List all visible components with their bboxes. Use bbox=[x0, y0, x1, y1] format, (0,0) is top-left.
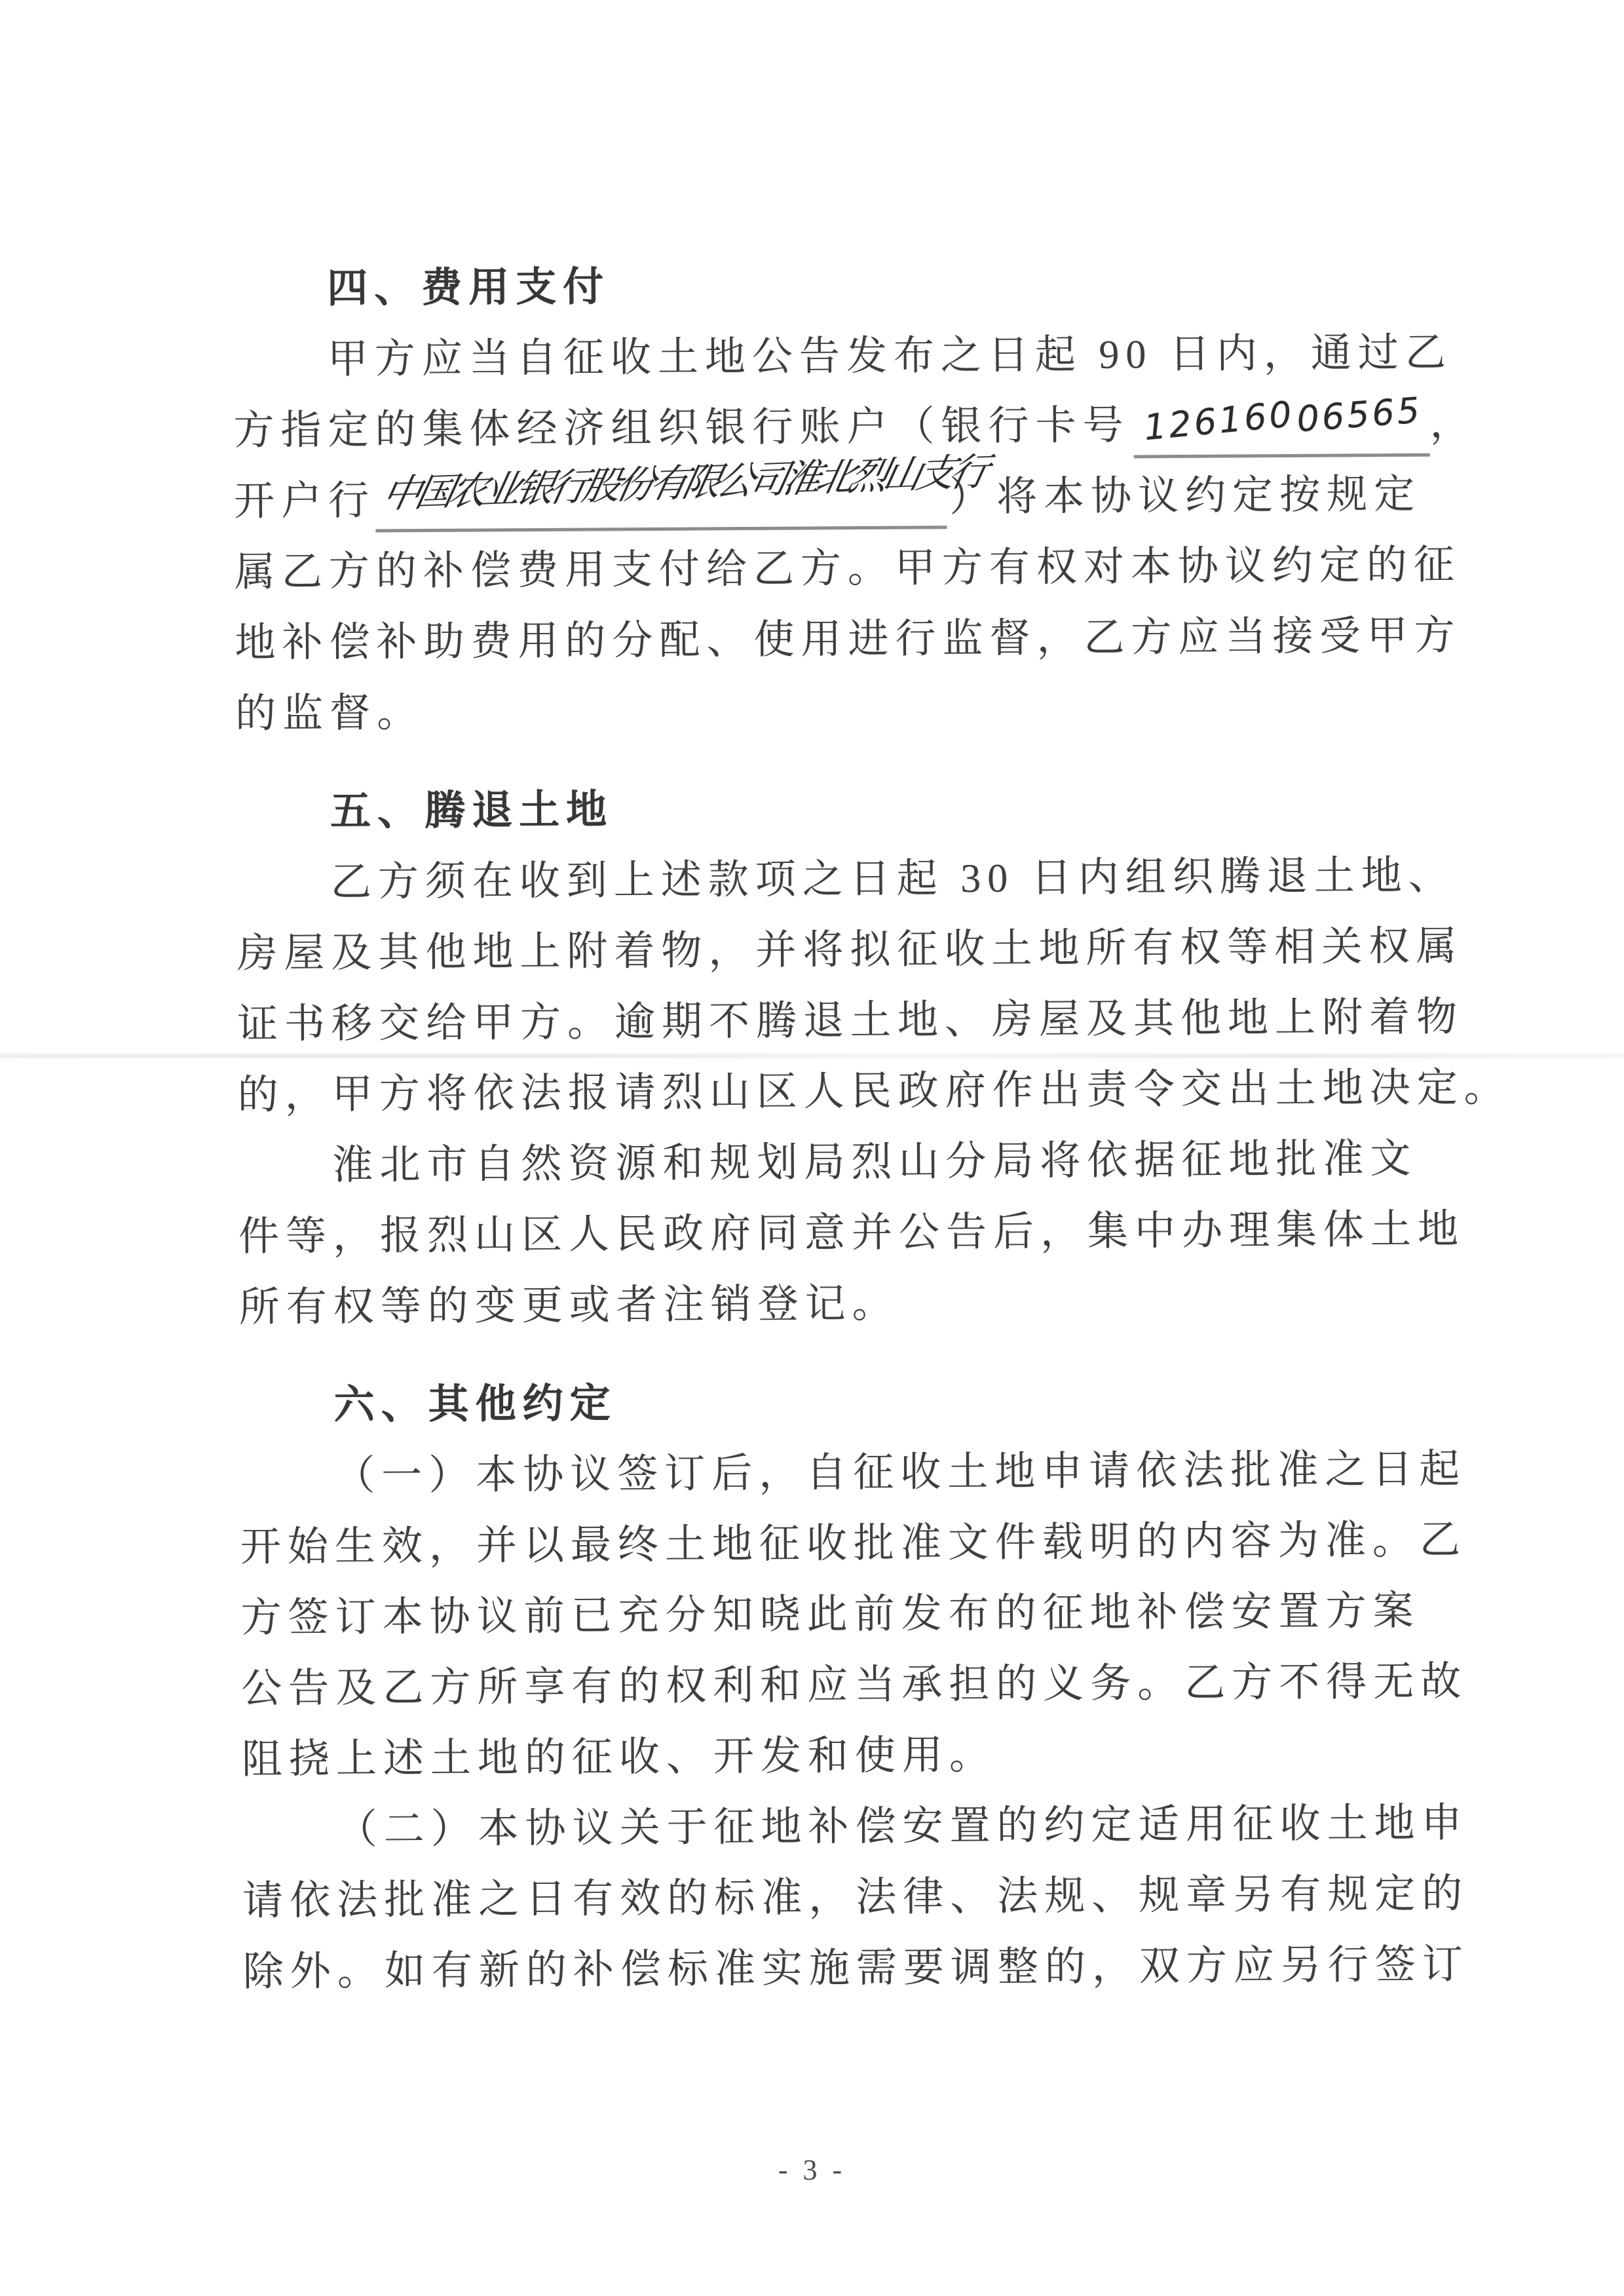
body-line: （二）本协议关于征地补偿安置的约定适用征收土地申 bbox=[242, 1788, 1379, 1866]
section-4-heading: 四、费用支付 bbox=[233, 247, 1370, 325]
body-line: 方签订本协议前已充分知晓此前发布的征地补偿安置方案 bbox=[240, 1576, 1378, 1654]
page-number: - 3 - bbox=[0, 2153, 1624, 2187]
body-line: 房屋及其他地上附着物，并将拟征收土地所有权等相关权属 bbox=[236, 911, 1374, 989]
body-line: （一）本协议签订后，自征收土地申请依法批准之日起 bbox=[240, 1434, 1377, 1512]
scanned-contract-page: 四、费用支付 甲方应当自征收土地公告发布之日起 90 日内，通过乙 方指定的集体… bbox=[0, 0, 1624, 2296]
body-line: 的，甲方将依法报请烈山区人民政府作出责令交出土地决定。 bbox=[237, 1053, 1374, 1131]
body-line: 乙方须在收到上述款项之日起 30 日内组织腾退土地、 bbox=[236, 841, 1373, 919]
handwritten-card-number-part2: 06565 bbox=[1295, 382, 1425, 448]
bank-name-line-prefix: 开户行 bbox=[234, 479, 375, 524]
bank-name-line-suffix: ）将本协议约定按规定 bbox=[949, 472, 1421, 520]
body-line: 证书移交给甲方。逾期不腾退土地、房屋及其他地上附着物 bbox=[237, 982, 1374, 1060]
section-5-heading: 五、腾退土地 bbox=[236, 770, 1373, 848]
body-line: 所有权等的变更或者注销登记。 bbox=[238, 1265, 1376, 1343]
body-line-bank-name: 开户行中国农业银行股份有限公司淮北烈山支行）将本协议约定按规定 bbox=[234, 459, 1371, 537]
handwritten-card-number-part1: 126160 bbox=[1141, 386, 1296, 456]
body-line: 公告及乙方所享有的权利和应当承担的义务。乙方不得无故 bbox=[241, 1647, 1378, 1725]
body-line: 请依法批准之日有效的标准，法律、法规、规章另有规定的 bbox=[242, 1859, 1380, 1937]
bank-card-line-prefix: 方指定的集体经济组织银行账户（银行卡号 bbox=[233, 404, 1129, 453]
body-line: 的监督。 bbox=[235, 672, 1372, 750]
bank-card-number-underline: 12616006565 bbox=[1133, 397, 1430, 459]
handwritten-card-number: 12616006565 bbox=[1133, 397, 1430, 455]
body-line: 地补偿补助费用的分配、使用进行监督，乙方应当接受甲方 bbox=[235, 601, 1372, 679]
body-line: 除外。如有新的补偿标准实施需要调整的，双方应另行签订 bbox=[243, 1930, 1380, 2008]
bank-name-underline: 中国农业银行股份有限公司淮北烈山支行 bbox=[375, 469, 947, 532]
section-6-heading: 六、其他约定 bbox=[239, 1364, 1376, 1442]
body-line: 淮北市自然资源和规划局烈山分局将依据征地批准文 bbox=[238, 1124, 1375, 1202]
body-line: 开始生效，并以最终土地征收批准文件载明的内容为准。乙 bbox=[240, 1505, 1378, 1583]
document-body: 四、费用支付 甲方应当自征收土地公告发布之日起 90 日内，通过乙 方指定的集体… bbox=[0, 0, 1624, 2009]
body-line: 件等，报烈山区人民政府同意并公告后，集中办理集体土地 bbox=[238, 1195, 1376, 1272]
body-line: 属乙方的补偿费用支付给乙方。甲方有权对本协议约定的征 bbox=[235, 530, 1372, 608]
bank-card-line-suffix: ， bbox=[1429, 401, 1477, 446]
body-line: 阻挠上述土地的征收、开发和使用。 bbox=[242, 1717, 1379, 1795]
body-line: 甲方应当自征收土地公告发布之日起 90 日内，通过乙 bbox=[233, 318, 1370, 396]
